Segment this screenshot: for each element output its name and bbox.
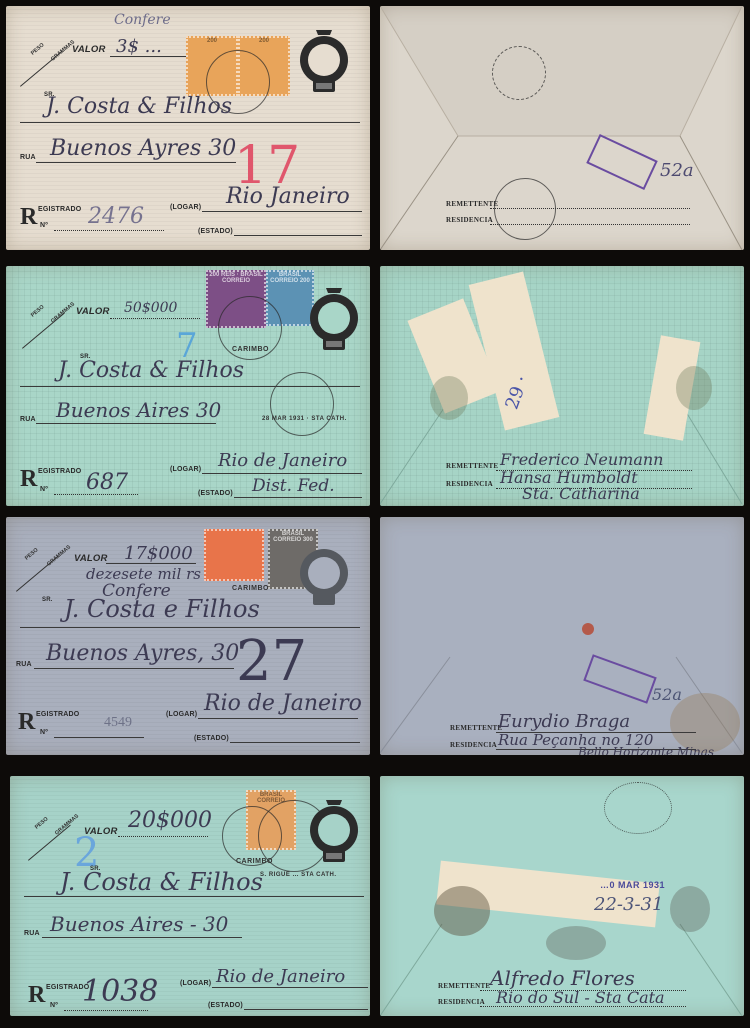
addressee-line xyxy=(20,122,360,123)
rua-value: Buenos Aires - 30 xyxy=(50,912,228,936)
residencia-label: RESIDENCIA xyxy=(450,741,497,749)
residencia-value-line2: Bello Horizonte Minas xyxy=(578,745,714,755)
rua-value: Buenos Ayres 30 xyxy=(50,136,236,161)
envelope-4-front: PESO GRAMMAS VALOR 20$000 2 BRASIL CORRE… xyxy=(10,776,370,1016)
estado-line xyxy=(234,497,362,498)
logar-label: (LOGAR) xyxy=(166,711,197,718)
logar-value: Rio de Janeiro xyxy=(218,450,347,471)
registered-r: R xyxy=(20,466,37,493)
envelope-1-front: PESO GRAMMAS VALOR 3$ ... Confere 200 20… xyxy=(6,6,370,250)
registro-numero: 687 xyxy=(86,470,128,495)
printed-indicia-stamp xyxy=(306,284,362,344)
registered-r: R xyxy=(20,204,37,231)
residencia-value-line2: Sta. Catharina xyxy=(522,484,640,503)
registro-numero: 4549 xyxy=(104,715,132,731)
registro-numero: 1038 xyxy=(82,974,158,1009)
receiving-backstamp xyxy=(604,782,672,834)
registrado-label: EGISTRADO xyxy=(38,468,81,475)
envelope-4-back: …0 MAR 1931 22-3-31 REMETTENTE Alfredo F… xyxy=(380,776,744,1016)
valor-value: 17$000 xyxy=(124,543,193,564)
estado-value: Dist. Fed. xyxy=(252,476,335,496)
back-annotation: 22-3-31 xyxy=(594,894,663,915)
remettente-line xyxy=(490,208,690,209)
rua-label: RUA xyxy=(20,154,36,161)
valor-label: VALOR xyxy=(74,553,108,564)
addressee-name: J. Costa & Filhos xyxy=(58,358,244,383)
remettente-value: Eurydio Braga xyxy=(498,711,630,732)
envelope-flap-lines xyxy=(380,6,744,250)
valor-value: 20$000 xyxy=(128,808,212,833)
addressee-line xyxy=(20,386,360,387)
backstamp-postmark xyxy=(492,46,546,100)
envelope-3-back: 52a REMETTENTE Eurydio Braga RESIDENCIA … xyxy=(380,517,744,755)
addressee-name: J. Costa & Filhos xyxy=(60,868,263,896)
printed-indicia-stamp xyxy=(296,26,352,86)
back-annotation: 52a xyxy=(660,160,694,181)
residencia-value: Rio do Sul - Sta Cata xyxy=(496,988,665,1007)
estado-line xyxy=(244,1009,368,1010)
numero-label: Nº xyxy=(40,729,48,736)
valor-line xyxy=(110,318,200,319)
remettente-value: Frederico Neumann xyxy=(500,450,663,469)
estado-line xyxy=(234,235,362,236)
numero-line xyxy=(54,737,144,738)
envelope-1-back: 52a REMETTENTE RESIDENCIA xyxy=(380,6,744,250)
logar-line xyxy=(212,987,368,988)
numero-label: Nº xyxy=(50,1002,58,1009)
registrado-label: EGISTRADO xyxy=(36,711,79,718)
residencia-label: RESIDENCIA xyxy=(438,998,485,1006)
envelope-2-front: PESO GRAMMAS VALOR 50$000 200 REIS · BRA… xyxy=(6,266,370,506)
carimbo-label: CARIMBO xyxy=(232,346,269,353)
logar-value: Rio Janeiro xyxy=(226,184,350,209)
remettente-label: REMETTENTE xyxy=(450,724,502,732)
postmark-text: S. RIGUE … STA CATH. xyxy=(260,872,337,878)
numero-line xyxy=(54,230,164,231)
registrado-label: EGISTRADO xyxy=(38,206,81,213)
valor-value: 50$000 xyxy=(124,300,177,316)
rua-label: RUA xyxy=(16,661,32,668)
wax-stain xyxy=(582,623,594,635)
numero-label: Nº xyxy=(40,222,48,229)
residencia-label: RESIDENCIA xyxy=(446,216,493,224)
estado-line xyxy=(230,742,360,743)
logar-line xyxy=(198,718,358,719)
envelope-3-front: PESO GRAMMAS VALOR 17$000 dezesete mil r… xyxy=(6,517,370,755)
pencil-mark: 27 xyxy=(236,629,307,694)
valor-label: VALOR xyxy=(76,306,110,317)
registro-numero: 2476 xyxy=(88,204,144,229)
logar-value: Rio de Janeiro xyxy=(216,966,345,987)
glue-stain xyxy=(434,886,490,936)
glue-stain xyxy=(430,376,468,420)
registered-r: R xyxy=(18,709,35,736)
numero-label: Nº xyxy=(40,486,48,493)
rua-line xyxy=(42,937,242,938)
sr-label: SR. xyxy=(42,597,53,603)
residencia-line xyxy=(490,224,690,225)
rua-value: Buenos Aires 30 xyxy=(56,398,221,422)
estado-label: (ESTADO) xyxy=(198,490,233,497)
valor-label: VALOR xyxy=(72,44,106,55)
sta-cath-postmark xyxy=(270,372,334,436)
rua-line xyxy=(36,162,236,163)
envelope-2-back: 29 · REMETTENTE Frederico Neumann RESIDE… xyxy=(380,266,744,506)
logar-line xyxy=(202,473,362,474)
rua-label: RUA xyxy=(20,416,36,423)
back-annotation: 52a xyxy=(652,685,682,704)
glue-stain xyxy=(546,926,606,960)
logar-value: Rio de Janeiro xyxy=(204,691,362,716)
remettente-label: REMETTENTE xyxy=(446,462,498,470)
remettente-label: REMETTENTE xyxy=(446,200,498,208)
rua-line xyxy=(34,668,234,669)
addressee-name: J. Costa e Filhos xyxy=(64,595,260,623)
rua-label: RUA xyxy=(24,930,40,937)
estado-label: (ESTADO) xyxy=(198,228,233,235)
residencia-label: RESIDENCIA xyxy=(446,480,493,488)
addressee-line xyxy=(20,627,360,628)
glue-stain xyxy=(670,886,710,932)
logar-label: (LOGAR) xyxy=(180,980,211,987)
postage-stamp xyxy=(204,529,264,581)
registered-r: R xyxy=(28,982,45,1009)
glue-stain xyxy=(676,366,712,410)
receiving-date-stamp: …0 MAR 1931 xyxy=(600,880,665,890)
estado-label: (ESTADO) xyxy=(194,735,229,742)
addressee-line xyxy=(24,896,364,897)
valor-line xyxy=(118,836,208,837)
backstamp-postmark xyxy=(494,178,556,240)
remettente-label: REMETTENTE xyxy=(438,982,490,990)
postmark-text: 28 MAR 1931 · STA CATH. xyxy=(262,416,347,422)
valor-value: 3$ ... xyxy=(116,36,162,57)
numero-line xyxy=(64,1010,148,1011)
addressee-name: J. Costa & Filhos xyxy=(46,94,232,119)
rua-line xyxy=(36,423,216,424)
rua-value: Buenos Ayres, 30 xyxy=(46,641,239,666)
printed-indicia-stamp xyxy=(296,539,352,599)
estado-label: (ESTADO) xyxy=(208,1002,243,1009)
printed-indicia-stamp xyxy=(306,796,362,856)
logar-label: (LOGAR) xyxy=(170,466,201,473)
logar-line xyxy=(202,211,362,212)
logar-label: (LOGAR) xyxy=(170,204,201,211)
remettente-value: Alfredo Flores xyxy=(490,966,635,990)
carimbo-label: CARIMBO xyxy=(232,585,269,592)
annotation-confere: Confere xyxy=(114,12,171,28)
